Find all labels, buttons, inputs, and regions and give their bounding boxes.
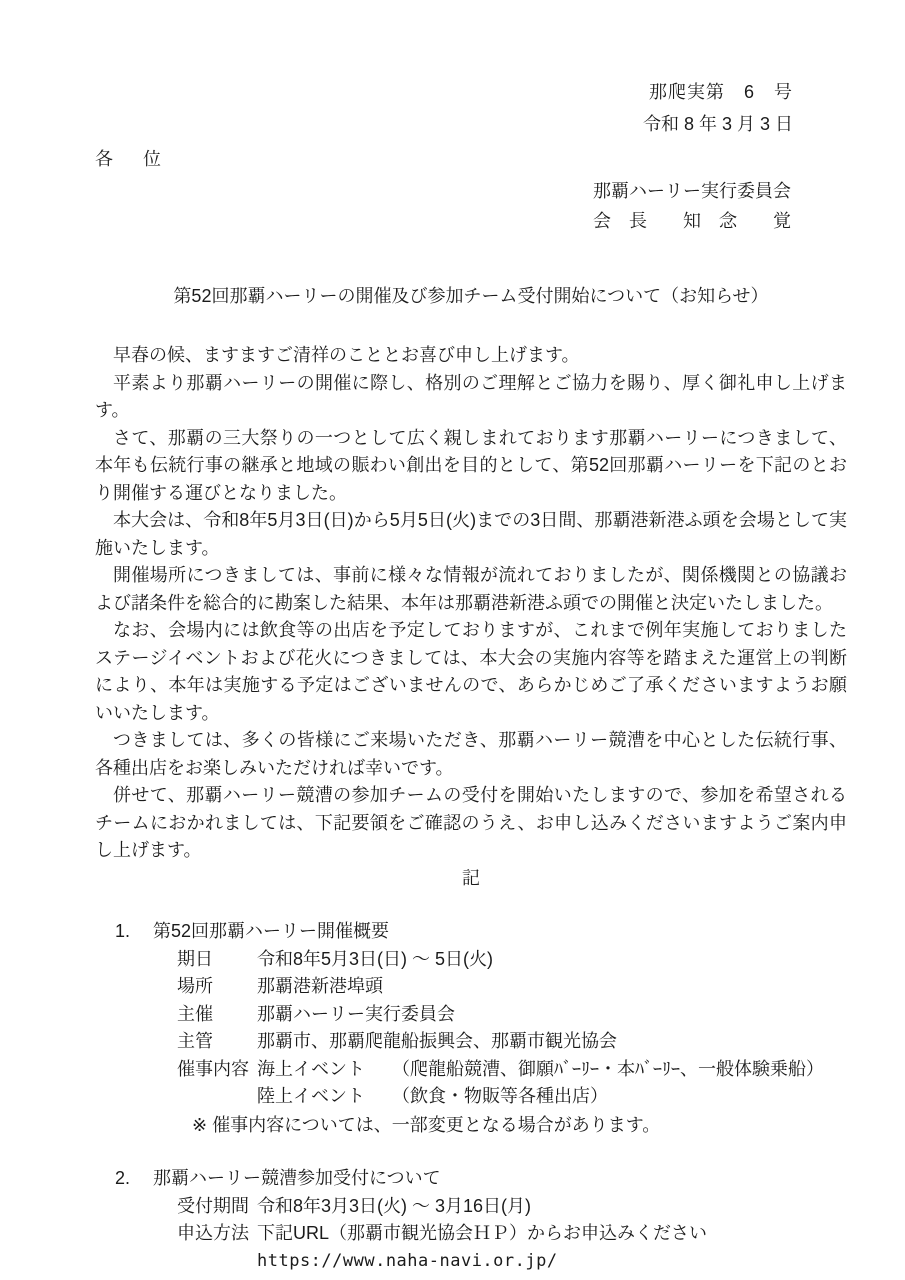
paragraph: 平素より那覇ハーリーの開催に際し、格別のご理解とご協力を賜り、厚く御礼申し上げま… xyxy=(95,370,847,425)
section-note: ※ 催事内容については、一部変更となる場合があります。 xyxy=(95,1112,847,1140)
detail-row-land-events: 陸上イベント （飲食・物販等各種出店） xyxy=(177,1083,847,1111)
section-heading: 1. 第52回那覇ハーリー開催概要 xyxy=(95,918,847,946)
paragraph: さて、那覇の三大祭りの一つとして広く親しまれております那覇ハーリーにつきまして、… xyxy=(95,425,847,508)
paragraph: なお、会場内には飲食等の出店を予定しておりますが、これまで例年実施しておりました… xyxy=(95,617,847,727)
row-label xyxy=(177,1248,257,1276)
row-label: 申込方法 xyxy=(177,1220,257,1248)
row-label: 主催 xyxy=(177,1001,257,1029)
paragraph: 早春の候、ますますご清祥のこととお喜び申し上げます。 xyxy=(95,342,847,370)
row-subvalue: 海上イベント xyxy=(257,1056,392,1084)
section-rows: 受付期間 令和8年3月3日(火) ～ 3月16日(月) 申込方法 下記URL（那… xyxy=(95,1193,847,1276)
record-marker: 記 xyxy=(95,865,847,893)
detail-row-management: 主管 那覇市、那覇爬龍船振興会、那覇市観光協会 xyxy=(177,1028,847,1056)
detail-row-organizer: 主催 那覇ハーリー実行委員会 xyxy=(177,1001,847,1029)
sender-block: 那覇ハーリー実行委員会 会 長 知 念 覚 xyxy=(593,176,791,236)
sender-name: 会 長 知 念 覚 xyxy=(593,206,791,236)
sender-organization: 那覇ハーリー実行委員会 xyxy=(593,176,791,206)
row-value: 那覇市、那覇爬龍船振興会、那覇市観光協会 xyxy=(257,1028,617,1056)
detail-row-date: 期日 令和8年5月3日(日) ～ 5日(火) xyxy=(177,946,847,974)
addressee: 各 位 xyxy=(95,144,847,174)
row-detail: （爬龍船競漕、御願ﾊﾞｰﾘｰ・本ﾊﾞｰﾘｰ、一般体験乗船） xyxy=(392,1056,824,1084)
section-number: 1. xyxy=(95,918,153,946)
body-text: 早春の候、ますますご清祥のこととお喜び申し上げます。 平素より那覇ハーリーの開催… xyxy=(95,342,847,865)
detail-row-application-method: 申込方法 下記URL（那覇市観光協会ＨＰ）からお申込みください xyxy=(177,1220,847,1248)
row-label: 期日 xyxy=(177,946,257,974)
document-date: 令和 8 年 3 月 3 日 xyxy=(95,108,793,140)
section-title: 第52回那覇ハーリー開催概要 xyxy=(153,918,389,946)
detail-row-place: 場所 那覇港新港埠頭 xyxy=(177,973,847,1001)
document-title: 第52回那覇ハーリーの開催及び参加チーム受付開始について（お知らせ） xyxy=(95,282,847,310)
section-number: 2. xyxy=(95,1165,153,1193)
row-value: 那覇ハーリー実行委員会 xyxy=(257,1001,455,1029)
row-value: 令和8年5月3日(日) ～ 5日(火) xyxy=(257,946,493,974)
section-title: 那覇ハーリー競漕参加受付について xyxy=(153,1165,441,1193)
row-subvalue: 陸上イベント xyxy=(257,1083,392,1111)
row-label: 受付期間 xyxy=(177,1193,257,1221)
row-value: 令和8年3月3日(火) ～ 3月16日(月) xyxy=(257,1193,531,1221)
detail-row-url: https://www.naha-navi.or.jp/ xyxy=(177,1248,847,1276)
row-value: 那覇港新港埠頭 xyxy=(257,973,383,1001)
row-label: 場所 xyxy=(177,973,257,1001)
section-registration: 2. 那覇ハーリー競漕参加受付について 受付期間 令和8年3月3日(火) ～ 3… xyxy=(95,1165,847,1275)
row-value: 下記URL（那覇市観光協会ＨＰ）からお申込みください xyxy=(257,1220,707,1248)
detail-row-sea-events: 催事内容 海上イベント （爬龍船競漕、御願ﾊﾞｰﾘｰ・本ﾊﾞｰﾘｰ、一般体験乗船… xyxy=(177,1056,847,1084)
detail-row-reception-period: 受付期間 令和8年3月3日(火) ～ 3月16日(月) xyxy=(177,1193,847,1221)
application-url: https://www.naha-navi.or.jp/ xyxy=(257,1248,558,1276)
section-event-overview: 1. 第52回那覇ハーリー開催概要 期日 令和8年5月3日(日) ～ 5日(火)… xyxy=(95,918,847,1139)
row-detail: （飲食・物販等各種出店） xyxy=(392,1083,608,1111)
row-label: 主管 xyxy=(177,1028,257,1056)
letterhead: 那爬実第 6 号 令和 8 年 3 月 3 日 xyxy=(95,76,793,140)
section-rows: 期日 令和8年5月3日(日) ～ 5日(火) 場所 那覇港新港埠頭 主催 那覇ハ… xyxy=(95,946,847,1111)
scanned-letter-page: 那爬実第 6 号 令和 8 年 3 月 3 日 各 位 那覇ハーリー実行委員会 … xyxy=(0,0,905,1280)
paragraph: 本大会は、令和8年5月3日(日)から5月5日(火)までの3日間、那覇港新港ふ頭を… xyxy=(95,507,847,562)
paragraph: 開催場所につきましては、事前に様々な情報が流れておりましたが、関係機関との協議お… xyxy=(95,562,847,617)
row-label xyxy=(177,1083,257,1111)
paragraph: 併せて、那覇ハーリー競漕の参加チームの受付を開始いたしますので、参加を希望される… xyxy=(95,782,847,865)
paragraph: つきましては、多くの皆様にご来場いただき、那覇ハーリー競漕を中心とした伝統行事、… xyxy=(95,727,847,782)
document-number: 那爬実第 6 号 xyxy=(95,76,793,108)
row-label: 催事内容 xyxy=(177,1056,257,1084)
section-heading: 2. 那覇ハーリー競漕参加受付について xyxy=(95,1165,847,1193)
